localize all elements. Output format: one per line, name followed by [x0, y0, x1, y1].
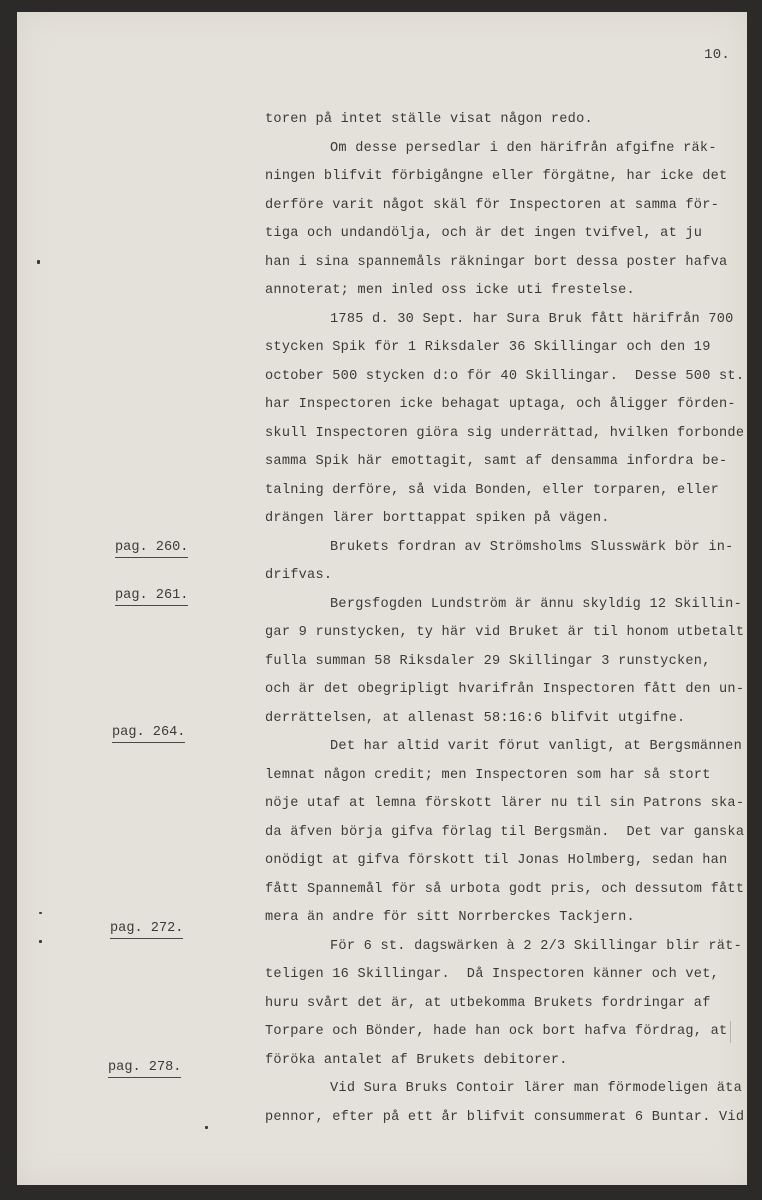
text-line: derföre varit något skäl för Inspectoren… — [265, 198, 719, 214]
text-line: skull Inspectoren giöra sig underrättad,… — [265, 426, 744, 442]
text-line: samma Spik här emottagit, samt af densam… — [265, 454, 727, 470]
paper-speck — [730, 1021, 731, 1043]
text-line: Torpare och Bönder, hade han ock bort ha… — [265, 1024, 727, 1040]
page-number: 10. — [704, 47, 730, 63]
paper-speck — [37, 260, 40, 264]
text-line: teligen 16 Skillingar. Då Inspectoren kä… — [265, 967, 719, 983]
text-line: drängen lärer borttappat spiken på vägen… — [265, 511, 610, 527]
margin-page-reference: pag. 264. — [112, 725, 185, 743]
text-line: stycken Spik för 1 Riksdaler 36 Skilling… — [265, 340, 711, 356]
text-line: lemnat någon credit; men Inspectoren som… — [265, 768, 711, 784]
text-line: october 500 stycken d:o för 40 Skillinga… — [265, 369, 744, 385]
margin-page-reference: pag. 272. — [110, 921, 183, 939]
margin-page-reference: pag. 278. — [108, 1060, 181, 1078]
text-line: drifvas. — [265, 568, 332, 584]
text-line: ningen blifvit förbigångne eller förgätn… — [265, 169, 727, 185]
text-line: onödigt at gifva förskott til Jonas Holm… — [265, 853, 727, 869]
text-line: Bergsfogden Lundström är ännu skyldig 12… — [330, 597, 742, 613]
paper-speck — [39, 912, 42, 914]
text-line: pennor, efter på ett år blifvit consumme… — [265, 1110, 744, 1126]
text-line: derrättelsen, at allenast 58:16:6 blifvi… — [265, 711, 685, 727]
text-line: och är det obegripligt hvarifrån Inspect… — [265, 682, 744, 698]
text-line: tiga och undandölja, och är det ingen tv… — [265, 226, 702, 242]
text-line: da äfven börja gifva förlag til Bergsmän… — [265, 825, 744, 841]
text-line: huru svårt det är, at utbekomma Brukets … — [265, 996, 711, 1012]
text-line: Om desse persedlar i den härifrån afgifn… — [330, 141, 717, 157]
paper-speck — [205, 1126, 208, 1129]
text-line: gar 9 runstycken, ty här vid Bruket är t… — [265, 625, 744, 641]
text-line: har Inspectoren icke behagat uptaga, och… — [265, 397, 736, 413]
text-line: föröka antalet af Brukets debitorer. — [265, 1053, 568, 1069]
text-line: mera än andre för sitt Norrberckes Tackj… — [265, 910, 635, 926]
margin-page-reference: pag. 261. — [115, 588, 188, 606]
text-line: fulla summan 58 Riksdaler 29 Skillingar … — [265, 654, 711, 670]
text-line: nöje utaf at lemna förskott lärer nu til… — [265, 796, 744, 812]
text-line: Det har altid varit förut vanligt, at Be… — [330, 739, 742, 755]
text-line: annoterat; men inled oss icke uti freste… — [265, 283, 635, 299]
margin-page-reference: pag. 260. — [115, 540, 188, 558]
text-line: talning derföre, så vida Bonden, eller t… — [265, 483, 719, 499]
document-page: 10. toren på intet ställe visat någon re… — [17, 12, 747, 1185]
text-line: toren på intet ställe visat någon redo. — [265, 112, 593, 128]
text-line: fått Spannemål för så urbota godt pris, … — [265, 882, 744, 898]
text-line: Brukets fordran av Strömsholms Slusswärk… — [330, 540, 734, 556]
text-line: Vid Sura Bruks Contoir lärer man förmode… — [330, 1081, 742, 1097]
paper-speck — [39, 940, 42, 943]
text-line: han i sina spannemåls räkningar bort des… — [265, 255, 727, 271]
text-line: 1785 d. 30 Sept. har Sura Bruk fått häri… — [330, 312, 734, 328]
text-line: För 6 st. dagswärken à 2 2/3 Skillingar … — [330, 939, 742, 955]
